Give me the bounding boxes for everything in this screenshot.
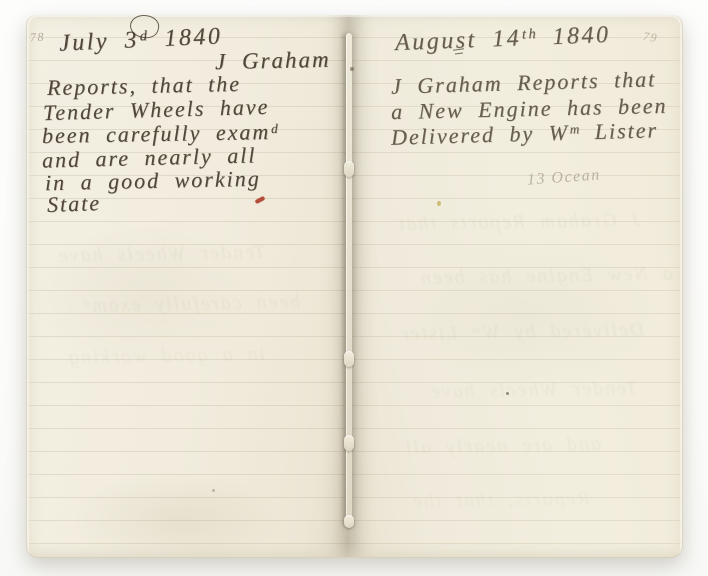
- pencil-annotation: 13 Ocean: [526, 166, 601, 189]
- binding-stitch: [344, 435, 354, 451]
- ghost-writing: Tender Wheels have: [57, 241, 266, 268]
- ghost-writing: been carefully examᵈ: [82, 291, 301, 318]
- superscript-underline: [455, 52, 463, 54]
- right-page: 79 August 14ᵗʰ 1840 J Graham Reports tha…: [349, 15, 683, 558]
- entry-date-heading: July 3ᵈ 1840: [59, 24, 223, 55]
- left-page: 78 July 3ᵈ 1840 J Graham Reports, that t…: [26, 15, 350, 558]
- entry-date-heading: August 14ᵗʰ 1840: [395, 23, 611, 55]
- entry-line: Delivered by Wᵐ Lister: [391, 118, 659, 149]
- page-number: 78: [29, 29, 45, 45]
- binding-stitch: [344, 351, 354, 367]
- ghost-writing: J Graham Reports that: [397, 209, 641, 236]
- ink-speck: [212, 489, 215, 492]
- ghost-writing: Tender Wheels have: [429, 377, 638, 404]
- paper-speck: [437, 201, 441, 206]
- ghost-writing: a New Engine has been: [419, 263, 673, 290]
- open-journal: 78 July 3ᵈ 1840 J Graham Reports, that t…: [26, 15, 682, 557]
- binding-thread: [346, 33, 352, 527]
- binding-stitch: [344, 161, 354, 177]
- page-number: 79: [642, 29, 659, 46]
- ghost-writing: Reports, that the: [411, 487, 590, 513]
- entry-line: State: [47, 191, 102, 217]
- ghost-writing: Delivered by Wᵐ Lister: [399, 319, 645, 346]
- binding-stitch: [344, 515, 354, 528]
- red-ink-mark: [255, 196, 266, 204]
- ghost-writing: and are nearly all: [404, 433, 601, 459]
- ghost-writing: in a good working: [67, 343, 265, 369]
- binding-hole: [350, 67, 354, 71]
- photo-background: 78 July 3ᵈ 1840 J Graham Reports, that t…: [0, 0, 708, 576]
